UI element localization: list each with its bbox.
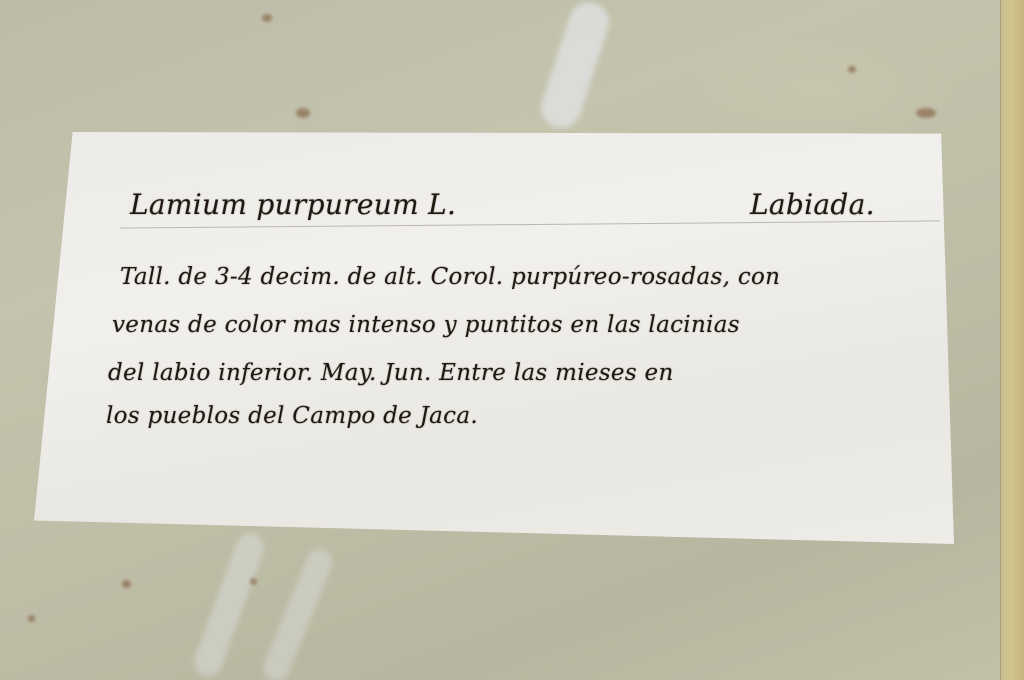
- foxing-spot: [250, 578, 257, 585]
- sheet-edge: [1000, 0, 1024, 680]
- description-line-4: los pueblos del Campo de Jaca.: [106, 403, 478, 429]
- foxing-spot: [262, 14, 272, 22]
- description-line-3: del labio inferior. May. Jun. Entre las …: [108, 360, 674, 386]
- description-line-2: venas de color mas intenso y puntitos en…: [112, 312, 740, 338]
- foxing-spot: [916, 108, 936, 118]
- description-line-1: Tall. de 3-4 decim. de alt. Corol. purpú…: [120, 264, 780, 290]
- foxing-spot: [848, 66, 856, 73]
- foxing-spot: [28, 615, 35, 622]
- foxing-spot: [122, 580, 131, 588]
- scientific-name: Lamium purpureum L.: [130, 188, 456, 221]
- family-name: Labiada.: [750, 188, 875, 221]
- foxing-spot: [296, 108, 310, 118]
